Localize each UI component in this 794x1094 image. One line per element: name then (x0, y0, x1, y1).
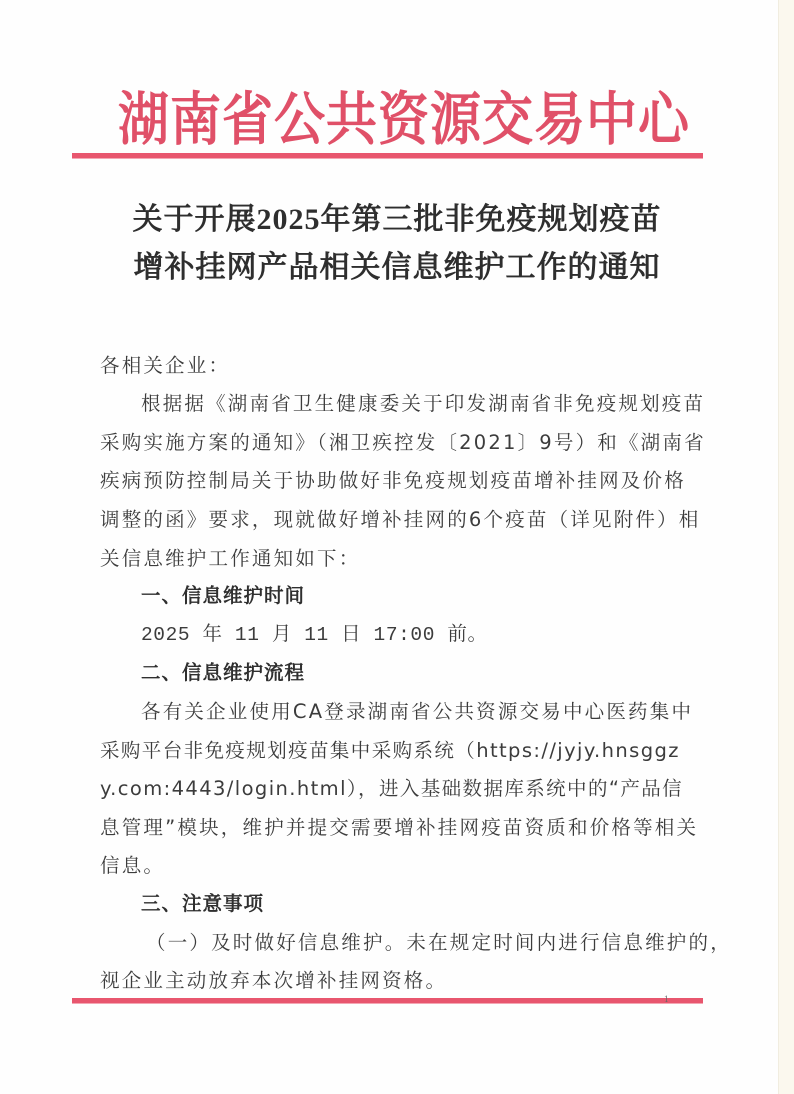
process-line: 信息。 (100, 852, 700, 880)
intro-line: 疾病预防控制局关于协助做好非免疫规划疫苗增补挂网及价格 (100, 467, 700, 495)
note-line: 视企业主动放弃本次增补挂网资格。 (100, 967, 700, 995)
footer-red-rule (72, 998, 703, 1004)
section-heading-time: 一、信息维护时间 (141, 582, 741, 610)
document-title-line-2: 增补挂网产品相关信息维护工作的通知 (80, 248, 714, 288)
salutation: 各相关企业： (100, 352, 700, 380)
section-heading-notes: 三、注意事项 (141, 890, 741, 918)
page-number: 1 (664, 994, 669, 1004)
document-title-line-1: 关于开展2025年第三批非免疫规划疫苗 (80, 200, 714, 240)
header-red-rule (72, 153, 703, 159)
process-line-with-url: 采购平台非免疫规划疫苗集中采购系统（https://jyjy.hnsggz (100, 737, 700, 765)
deadline-text: 2025 年 11 月 11 日 17:00 前。 (141, 621, 741, 649)
note-line: （一）及时做好信息维护。未在规定时间内进行信息维护的， (146, 929, 746, 957)
process-line-with-url: y.com:4443/login.html），进入基础数据库系统中的“产品信 (100, 775, 700, 803)
process-line: 息管理”模块，维护并提交需要增补挂网疫苗资质和价格等相关 (100, 814, 700, 842)
scan-edge-strip (778, 0, 794, 1094)
intro-line: 根据据《湖南省卫生健康委关于印发湖南省非免疫规划疫苗 (141, 390, 741, 418)
section-heading-process: 二、信息维护流程 (141, 659, 741, 687)
document-page: 湖南省公共资源交易中心 关于开展2025年第三批非免疫规划疫苗 增补挂网产品相关… (0, 0, 778, 1094)
org-masthead: 湖南省公共资源交易中心 (118, 84, 658, 156)
process-line: 各有关企业使用CA登录湖南省公共资源交易中心医药集中 (141, 698, 741, 726)
intro-line: 采购实施方案的通知》（湘卫疾控发〔2021〕9号）和《湖南省 (100, 429, 700, 457)
intro-line: 关信息维护工作通知如下： (100, 545, 700, 573)
intro-line: 调整的函》要求，现就做好增补挂网的6个疫苗（详见附件）相 (100, 506, 700, 534)
